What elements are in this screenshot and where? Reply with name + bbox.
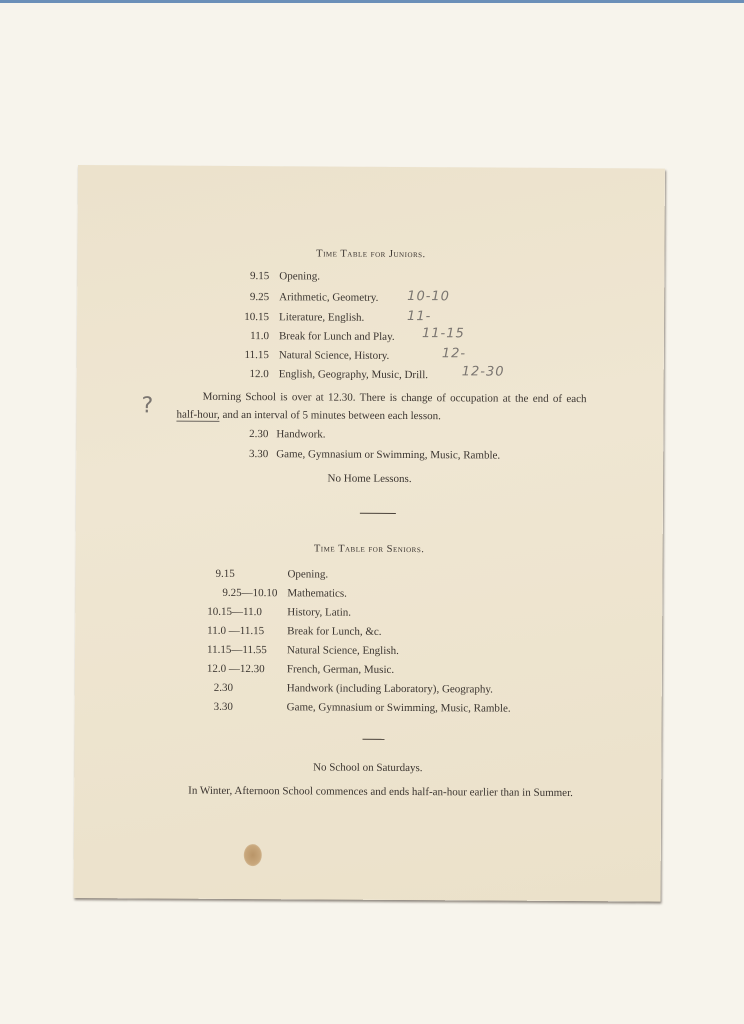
- no-school-saturdays: No School on Saturdays.: [74, 760, 661, 776]
- juniors-row: 11.15 Natural Science, History. 12-: [77, 348, 664, 352]
- row-subject: Natural Science, History.: [279, 349, 390, 362]
- seniors-row: 9.25—10.10 Mathematics.: [75, 586, 662, 590]
- row-subject: Game, Gymnasium or Swimming, Music, Ramb…: [276, 448, 500, 461]
- row-time: 3.30: [214, 701, 233, 713]
- handwritten-note: 12-: [442, 346, 466, 361]
- handwritten-note: 11-15: [422, 326, 465, 341]
- row-subject: Opening.: [279, 270, 320, 282]
- seniors-row: 3.30 Game, Gymnasium or Swimming, Music,…: [75, 700, 662, 704]
- juniors-row: 12.0 English, Geography, Music, Drill. 1…: [77, 367, 664, 371]
- row-time: 2.30: [214, 682, 233, 694]
- row-subject: Mathematics.: [287, 587, 347, 599]
- seniors-row: 11.0 —11.15 Break for Lunch, &c.: [75, 624, 662, 628]
- row-subject: Handwork (including Laboratory), Geograp…: [287, 682, 493, 695]
- section-divider: [362, 739, 384, 740]
- row-subject: Opening.: [287, 568, 328, 580]
- row-time: 10.15—11.0: [207, 606, 262, 618]
- row-subject: Handwork.: [276, 428, 325, 440]
- juniors-afternoon-row: 3.30 Game, Gymnasium or Swimming, Music,…: [76, 447, 663, 451]
- winter-note: In Winter, Afternoon School commences an…: [160, 782, 575, 803]
- seniors-row: 2.30 Handwork (including Laboratory), Ge…: [75, 681, 662, 685]
- row-subject: Natural Science, English.: [287, 644, 399, 657]
- paragraph-text: and an interval of 5 minutes between eac…: [220, 409, 441, 422]
- row-subject: Break for Lunch, &c.: [287, 625, 381, 638]
- row-time: 12.0 —12.30: [207, 663, 265, 675]
- row-subject: French, German, Music.: [287, 663, 394, 676]
- handwritten-note: 10-10: [407, 289, 450, 304]
- question-mark-annotation: ?: [141, 393, 154, 418]
- row-time: 2.30: [234, 428, 268, 440]
- seniors-row: 11.15—11.55 Natural Science, English.: [75, 643, 662, 647]
- juniors-paragraph: Morning School is over at 12.30. There i…: [176, 388, 586, 427]
- handwritten-note: 12-30: [462, 364, 505, 379]
- seniors-row: 9.15 Opening.: [76, 567, 663, 571]
- row-time: 9.25: [227, 291, 269, 303]
- no-home-lessons: No Home Lessons.: [76, 471, 663, 487]
- row-time: 11.15—11.55: [207, 644, 267, 656]
- row-subject: History, Latin.: [287, 606, 351, 618]
- row-time: 12.0: [227, 368, 269, 380]
- row-subject: Arithmetic, Geometry.: [279, 291, 378, 304]
- handwritten-note: 11-: [407, 309, 431, 324]
- juniors-row: 11.0 Break for Lunch and Play. 11-15: [77, 329, 664, 333]
- section-divider: [360, 513, 396, 514]
- juniors-heading: Time Table for Juniors.: [77, 247, 664, 262]
- juniors-afternoon-row: 2.30 Handwork.: [76, 427, 663, 431]
- row-time: 9.25—10.10: [195, 587, 277, 600]
- row-subject: Literature, English.: [279, 311, 364, 324]
- row-time: 3.30: [234, 448, 268, 460]
- row-time: 9.15: [227, 270, 269, 282]
- paper-stain: [244, 844, 262, 866]
- row-time: 11.15: [227, 349, 269, 361]
- row-time: 9.15: [215, 568, 234, 580]
- row-subject: Game, Gymnasium or Swimming, Music, Ramb…: [287, 701, 511, 714]
- row-time: 11.0 —11.15: [207, 625, 264, 637]
- underlined-text: half-hour,: [176, 409, 219, 422]
- row-subject: English, Geography, Music, Drill.: [279, 368, 428, 381]
- document-page: Time Table for Juniors. 9.15 Opening. 9.…: [74, 165, 665, 902]
- seniors-heading: Time Table for Seniors.: [76, 542, 663, 557]
- juniors-row: 10.15 Literature, English. 11-: [77, 310, 664, 314]
- paragraph-text: Morning School is over at 12.30. There i…: [203, 391, 587, 405]
- row-time: 10.15: [227, 311, 269, 323]
- row-time: 11.0: [227, 330, 269, 342]
- scan-edge: [0, 0, 744, 3]
- seniors-row: 10.15—11.0 History, Latin.: [75, 605, 662, 609]
- row-subject: Break for Lunch and Play.: [279, 330, 395, 343]
- seniors-row: 12.0 —12.30 French, German, Music.: [75, 662, 662, 666]
- juniors-row: 9.25 Arithmetic, Geometry. 10-10: [77, 290, 664, 294]
- juniors-row: 9.15 Opening.: [77, 269, 664, 273]
